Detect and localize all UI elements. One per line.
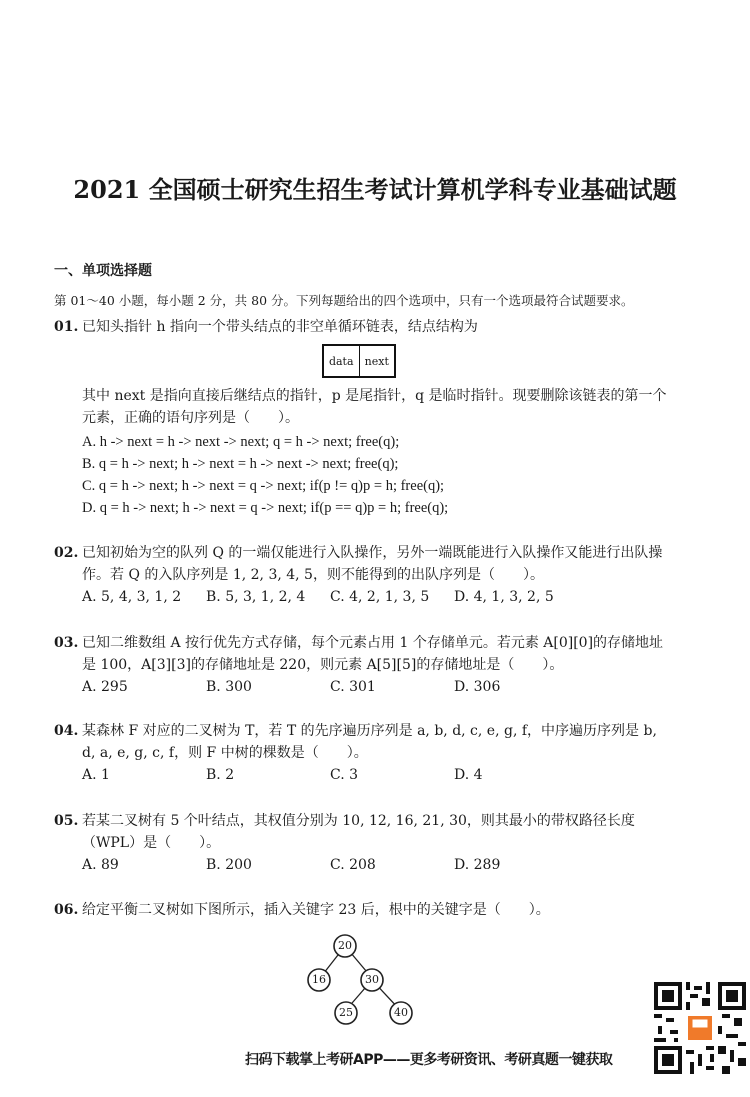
question-number: 04. — [54, 720, 82, 764]
question-04: 04. 某森林 F 对应的二叉树为 T，若 T 的先序遍历序列是 a, b, d… — [54, 720, 674, 786]
question-06: 06.给定平衡二叉树如下图所示，插入关键字 23 后，根中的关键字是（ ）。 — [54, 899, 674, 921]
option-b[interactable]: B. 300 — [206, 676, 330, 698]
option-a[interactable]: A. 295 — [82, 676, 206, 698]
option-c[interactable]: C. 208 — [330, 854, 454, 876]
question-number: 05. — [54, 810, 82, 854]
question-text: 某森林 F 对应的二叉树为 T，若 T 的先序遍历序列是 a, b, d, c,… — [82, 720, 674, 764]
question-number: 03. — [54, 632, 82, 676]
option-c[interactable]: C. 3 — [330, 764, 454, 786]
tree-node-root: 20 — [334, 939, 356, 952]
tree-node-right-right: 40 — [390, 1006, 412, 1019]
tree-node-left: 16 — [308, 973, 330, 986]
option-c[interactable]: C. 301 — [330, 676, 454, 698]
node-structure-diagram: data next — [322, 344, 396, 378]
options-row: A. 295 B. 300 C. 301 D. 306 — [54, 676, 674, 698]
footer-app-promo: 扫码下载掌上考研APP——更多考研资讯、考研真题一键获取 — [245, 1049, 612, 1069]
question-text: 已知头指针 h 指向一个带头结点的非空单循环链表，结点结构为 — [82, 319, 478, 335]
question-text: 已知初始为空的队列 Q 的一端仅能进行入队操作，另外一端既能进行入队操作又能进行… — [82, 542, 674, 586]
question-number: 01. — [54, 316, 82, 338]
question-text: 给定平衡二叉树如下图所示，插入关键字 23 后，根中的关键字是（ ）。 — [82, 902, 550, 918]
avl-tree-diagram: 20 16 30 25 40 — [300, 930, 420, 1030]
option-a[interactable]: A. 5, 4, 3, 1, 2 — [82, 586, 206, 608]
options-row: A. 89 B. 200 C. 208 D. 289 — [54, 854, 674, 876]
option-c[interactable]: C. q = h -> next; h -> next = q -> next;… — [54, 475, 674, 497]
qr-code[interactable] — [654, 982, 746, 1074]
option-c[interactable]: C. 4, 2, 1, 3, 5 — [330, 586, 454, 608]
question-number: 06. — [54, 899, 82, 921]
option-d[interactable]: D. 306 — [454, 676, 578, 698]
section-instructions: 第 01～40 小题，每小题 2 分，共 80 分。下列每题给出的四个选项中，只… — [54, 291, 634, 309]
option-d[interactable]: D. q = h -> next; h -> next = q -> next;… — [54, 497, 674, 519]
question-02: 02. 已知初始为空的队列 Q 的一端仅能进行入队操作，另外一端既能进行入队操作… — [54, 542, 674, 608]
question-03: 03. 已知二维数组 A 按行优先方式存储，每个元素占用 1 个存储单元。若元素… — [54, 632, 674, 698]
option-a[interactable]: A. h -> next = h -> next -> next; q = h … — [54, 431, 674, 453]
section-heading: 一、单项选择题 — [54, 260, 152, 280]
question-05: 05. 若某二叉树有 5 个叶结点，其权值分别为 10, 12, 16, 21,… — [54, 810, 674, 876]
question-text: 已知二维数组 A 按行优先方式存储，每个元素占用 1 个存储单元。若元素 A[0… — [82, 632, 674, 676]
question-01-continuation: 其中 next 是指向直接后继结点的指针，p 是尾指针，q 是临时指针。现要删除… — [54, 385, 674, 429]
option-d[interactable]: D. 4 — [454, 764, 578, 786]
question-number: 02. — [54, 542, 82, 586]
tree-node-right-left: 25 — [335, 1006, 357, 1019]
option-b[interactable]: B. q = h -> next; h -> next = h -> next … — [54, 453, 674, 475]
node-field-data: data — [324, 346, 360, 376]
exam-title: 2021 全国硕士研究生招生考试计算机学科专业基础试题 — [0, 170, 750, 205]
option-b[interactable]: B. 5, 3, 1, 2, 4 — [206, 586, 330, 608]
option-b[interactable]: B. 2 — [206, 764, 330, 786]
option-b[interactable]: B. 200 — [206, 854, 330, 876]
node-field-next: next — [360, 346, 395, 376]
options-row: A. 1 B. 2 C. 3 D. 4 — [54, 764, 674, 786]
question-01: 01.已知头指针 h 指向一个带头结点的非空单循环链表，结点结构为 — [54, 316, 674, 338]
option-a[interactable]: A. 1 — [82, 764, 206, 786]
tree-node-right: 30 — [361, 973, 383, 986]
option-d[interactable]: D. 289 — [454, 854, 578, 876]
options-row: A. 5, 4, 3, 1, 2 B. 5, 3, 1, 2, 4 C. 4, … — [54, 586, 674, 608]
qr-code-icon — [654, 982, 746, 1074]
question-01-options: A. h -> next = h -> next -> next; q = h … — [54, 431, 674, 519]
option-a[interactable]: A. 89 — [82, 854, 206, 876]
question-text: 若某二叉树有 5 个叶结点，其权值分别为 10, 12, 16, 21, 30，… — [82, 810, 674, 854]
option-d[interactable]: D. 4, 1, 3, 2, 5 — [454, 586, 578, 608]
